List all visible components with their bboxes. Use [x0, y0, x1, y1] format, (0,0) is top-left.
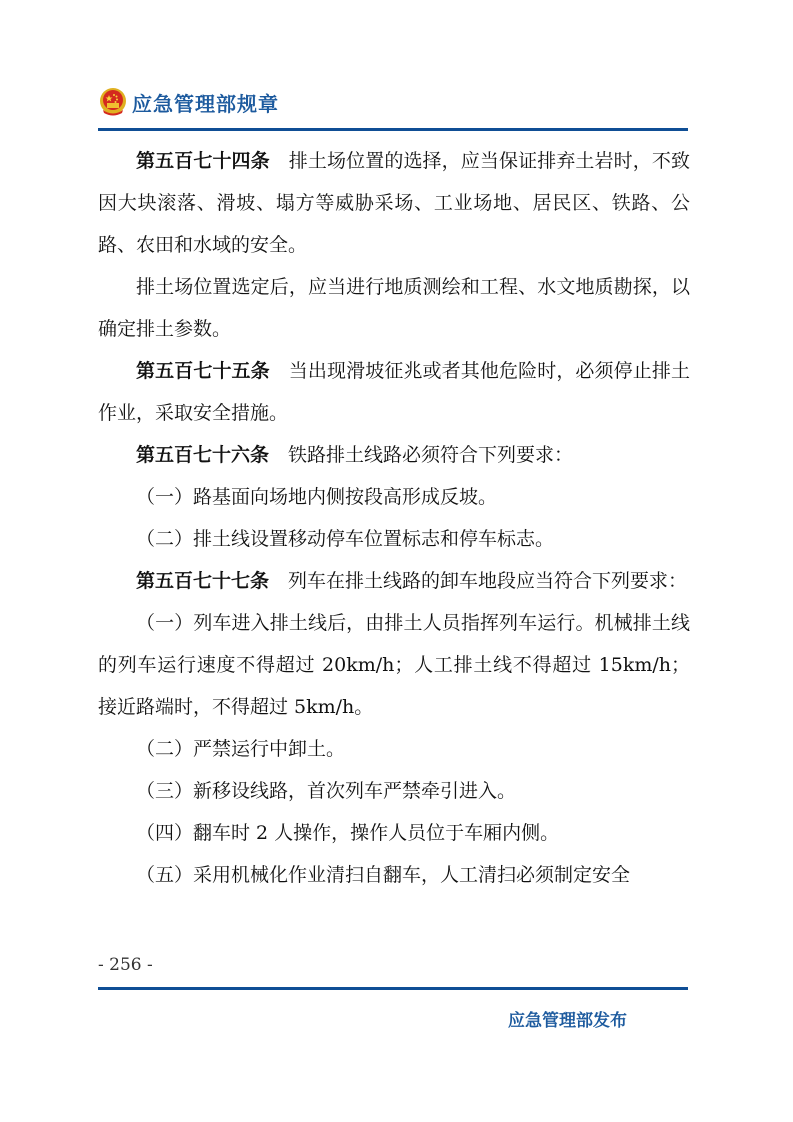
article-577-item-1: （一）列车进入排土线后，由排土人员指挥列车运行。机械排土线的列车运行速度不得超过… — [98, 602, 690, 728]
footer-divider — [98, 987, 688, 990]
article-text: 铁路排土线路必须符合下列要求： — [288, 444, 573, 466]
footer-publisher: 应急管理部发布 — [508, 1006, 627, 1031]
article-577-item-4: （四）翻车时 2 人操作，操作人员位于车厢内侧。 — [98, 812, 690, 854]
article-label: 第五百七十七条 — [136, 570, 269, 592]
article-577-paragraph-1: 第五百七十七条列车在排土线路的卸车地段应当符合下列要求： — [98, 560, 690, 602]
article-574-paragraph-1: 第五百七十四条排土场位置的选择，应当保证排弃土岩时，不致因大块滚落、滑坡、塌方等… — [98, 140, 690, 266]
header-title: 应急管理部规章 — [132, 88, 279, 117]
article-label: 第五百七十六条 — [136, 444, 269, 466]
article-text: 列车在排土线路的卸车地段应当符合下列要求： — [288, 570, 687, 592]
page-header: 应急管理部规章 — [98, 84, 279, 120]
article-576-paragraph-1: 第五百七十六条铁路排土线路必须符合下列要求： — [98, 434, 690, 476]
page-number: - 256 - — [98, 955, 153, 975]
article-576-item-2: （二）排土线设置移动停车位置标志和停车标志。 — [98, 518, 690, 560]
document-body: 第五百七十四条排土场位置的选择，应当保证排弃土岩时，不致因大块滚落、滑坡、塌方等… — [98, 140, 690, 896]
article-label: 第五百七十五条 — [136, 360, 270, 382]
article-577-item-3: （三）新移设线路，首次列车严禁牵引进入。 — [98, 770, 690, 812]
header-divider — [98, 128, 688, 131]
article-575-paragraph-1: 第五百七十五条当出现滑坡征兆或者其他危险时，必须停止排土作业，采取安全措施。 — [98, 350, 690, 434]
article-577-item-5: （五）采用机械化作业清扫自翻车，人工清扫必须制定安全 — [98, 854, 690, 896]
national-emblem-icon — [98, 87, 128, 117]
article-577-item-2: （二）严禁运行中卸土。 — [98, 728, 690, 770]
article-574-paragraph-2: 排土场位置选定后，应当进行地质测绘和工程、水文地质勘探，以确定排土参数。 — [98, 266, 690, 350]
article-576-item-1: （一）路基面向场地内侧按段高形成反坡。 — [98, 476, 690, 518]
article-label: 第五百七十四条 — [136, 150, 270, 172]
